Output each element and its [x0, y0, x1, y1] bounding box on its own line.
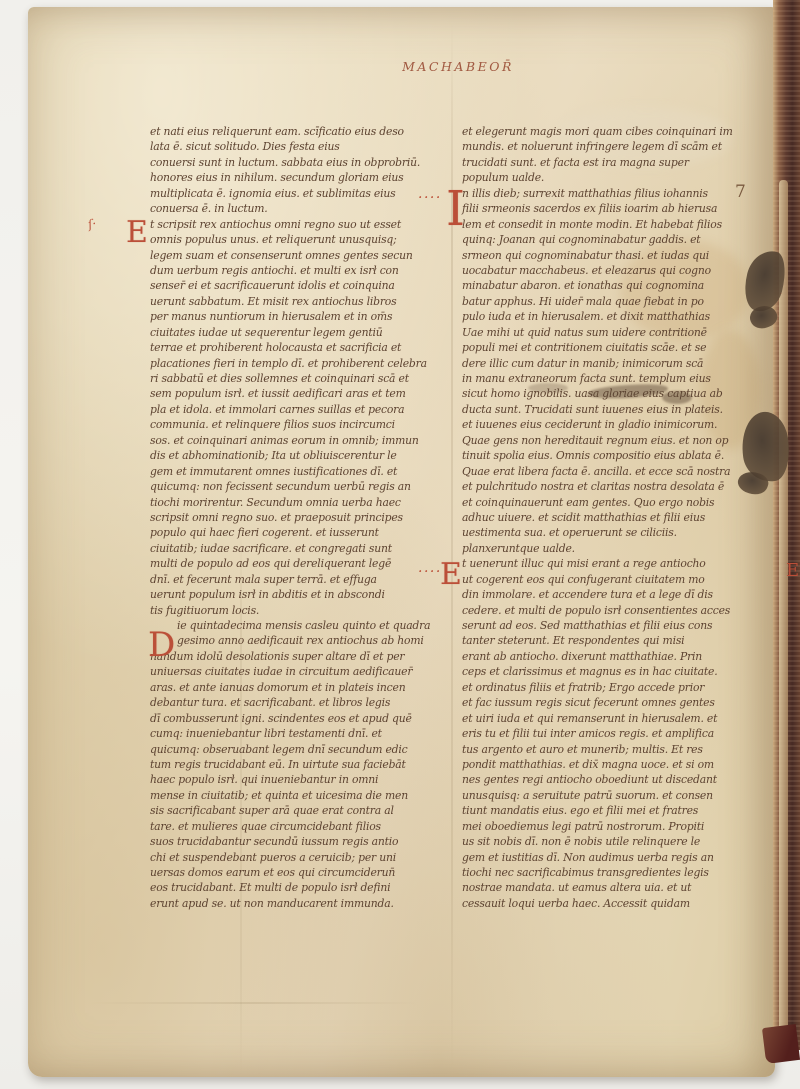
text-line: cessauit loqui uerba haec. Accessit quid…	[462, 896, 758, 911]
text-line: aras. et ante ianuas domorum et in plate…	[150, 680, 446, 695]
text-line: tiochi morirentur. Secundum omnia uerba …	[150, 495, 446, 510]
text-line: et pulchritudo nostra et claritas nostra…	[462, 479, 758, 494]
text-line: chi et suspendebant pueros a ceruicib; p…	[150, 850, 446, 865]
text-line: dis et abhominationib; Ita ut obliuiscer…	[150, 448, 446, 463]
running-title: MACHABEOR̄	[398, 60, 518, 74]
text-line: multi de populo ad eos qui dereliquerant…	[150, 556, 446, 571]
text-line: debantur tura. et sacrificabant. et libr…	[150, 695, 446, 710]
binding-sliver	[762, 1024, 800, 1064]
text-line: cumq: inueniebantur libri testamenti dnī…	[150, 726, 446, 741]
text-line: adhuc uiuere. et scidit matthathias et f…	[462, 510, 758, 525]
text-line: populo qui haec fieri cogerent. et iusse…	[150, 525, 446, 540]
text-line: ciuitates iudae ut sequerentur legem gen…	[150, 325, 446, 340]
text-line: lata ē. sicut solitudo. Dies festa eius	[150, 139, 446, 154]
text-line: conuersa ē. in luctum.	[150, 201, 446, 216]
text-line: trucidati sunt. et facta est ira magna s…	[462, 155, 758, 170]
text-line: ri sabbatū et dies sollemnes et coinquin…	[150, 371, 446, 386]
text-line: et coinquinauerunt eam gentes. Quo ergo …	[462, 495, 758, 510]
text-line: scripsit omni regno suo. et praeposuit p…	[150, 510, 446, 525]
text-line: nandum idolū desolationis super altare d…	[150, 649, 446, 664]
text-line: haec populo isrł. qui inueniebantur in o…	[150, 772, 446, 787]
text-line: srmeon qui cognominabatur thasi. et iuda…	[462, 248, 758, 263]
rubric-initial: E	[126, 219, 148, 246]
text-line: et elegerunt magis mori quam cibes coinq…	[462, 124, 758, 139]
text-line: mei oboediemus legi patrū nostrorum. Pro…	[462, 819, 758, 834]
text-line: Uae mihi ut quid natus sum uidere contri…	[462, 325, 758, 340]
text-line: mense in ciuitatib; et quinta et uicesim…	[150, 788, 446, 803]
text-line: uersas domos earum et eos qui circumcide…	[150, 865, 446, 880]
text-line: eos trucidabant. Et multi de populo isrł…	[150, 880, 446, 895]
text-line: gem et iustitias dī. Non audimus uerba r…	[462, 850, 758, 865]
fore-edge-initial: E	[786, 565, 799, 577]
text-line: uestimenta sua. et operuerunt se cilicii…	[462, 525, 758, 540]
text-column-left: et nati eius reliquerunt eam. scīficatio…	[150, 124, 446, 911]
text-line: Quae gens non hereditauit regnum eius. e…	[462, 433, 758, 448]
page-crease	[88, 1002, 418, 1004]
text-line: ducta sunt. Trucidati sunt iuuenes eius …	[462, 402, 758, 417]
text-line: nes gentes regi antiocho oboediunt ut di…	[462, 772, 758, 787]
text-line: senser̄ ei et sacrificauerunt idolis et …	[150, 278, 446, 293]
text-line: tare. et mulieres quae circumcidebant fi…	[150, 819, 446, 834]
text-line: planxeruntque ualde.	[462, 541, 758, 556]
text-line: honores eius in nihilum. secundum gloria…	[150, 170, 446, 185]
text-column-right: et elegerunt magis mori quam cibes coinq…	[462, 124, 758, 911]
text-line: dum uerbum regis antiochi. et multi ex i…	[150, 263, 446, 278]
text-line: multiplicata ē. ignomia eius. et sublimi…	[150, 186, 446, 201]
text-line: placationes fieri in templo dī. et prohi…	[150, 356, 446, 371]
quire-mark: 7	[735, 186, 746, 198]
text-line: sem populum isrł. et iussit aedificari a…	[150, 386, 446, 401]
text-line: gem et immutarent omnes iustificationes …	[150, 464, 446, 479]
text-line: per manus nuntiorum in hierusalem et in …	[150, 309, 446, 324]
text-line: et uiri iuda et qui remanserunt in hieru…	[462, 711, 758, 726]
text-line: pla et idola. et immolari carnes suillas…	[150, 402, 446, 417]
text-line: sos. et coinquinari animas eorum in omni…	[150, 433, 446, 448]
text-line: conuersi sunt in luctum. sabbata eius in…	[150, 155, 446, 170]
text-line: quicumq: non fecissent secundum uerbū re…	[150, 479, 446, 494]
text-line: populi mei et contritionem ciuitatis scā…	[462, 340, 758, 355]
text-line: tanter steterunt. Et respondentes qui mi…	[462, 633, 758, 648]
text-line: quinq: Joanan qui cognominabatur gaddis.…	[462, 232, 758, 247]
text-line: batur apphus. Hi uider̄ mala quae fiebat…	[462, 294, 758, 309]
text-line: et ordinatus filiis et fratrib; Ergo acc…	[462, 680, 758, 695]
text-line: din immolare. et accendere tura et a leg…	[462, 587, 758, 602]
text-line: t scripsit rex antiochus omni regno suo …	[150, 217, 446, 232]
text-line: pondit matthathias. et dix̄ magna uoce. …	[462, 757, 758, 772]
text-line: dere illic cum datur in manib; inimicoru…	[462, 356, 758, 371]
text-line: tiunt mandatis eius. ego et filii mei et…	[462, 803, 758, 818]
text-line: ceps et clarissimus et magnus es in hac …	[462, 664, 758, 679]
text-line: tiochi nec sacrificabimus transgrediente…	[462, 865, 758, 880]
text-line: uocabatur macchabeus. et eleazarus qui c…	[462, 263, 758, 278]
text-line: tus argento et auro et munerib; multis. …	[462, 742, 758, 757]
text-line: serunt ad eos. Sed matthathias et filii …	[462, 618, 758, 633]
text-line: minabatur abaron. et ionathas qui cognom…	[462, 278, 758, 293]
text-line: in manu extraneorum facta sunt. templum …	[462, 371, 758, 386]
text-line: sis sacrificabant super arā quae erat co…	[150, 803, 446, 818]
text-line: cedere. et multi de populo isrł consenti…	[462, 603, 758, 618]
manuscript-photo: MACHABEOR̄ et nati eius reliquerunt eam.…	[0, 0, 800, 1089]
rubric-initial: E	[440, 561, 462, 588]
text-line: Quae erat libera facta ē. ancilla. et ec…	[462, 464, 758, 479]
text-line: filii srmeonis sacerdos ex filiis ioarim…	[462, 201, 758, 216]
text-line: dnī. et fecerunt mala super terrā. et ef…	[150, 572, 446, 587]
text-line: omnis populus unus. et reliquerunt unusq…	[150, 232, 446, 247]
text-line: erunt apud se. ut non manducarent immund…	[150, 896, 446, 911]
next-folio-edge	[779, 180, 788, 1030]
rubric-initial: D	[148, 630, 175, 661]
text-line: et iuuenes eius ceciderunt in gladio ini…	[462, 417, 758, 432]
page-crease	[451, 21, 453, 1071]
text-line: eris tu et filii tui inter amicos regis.…	[462, 726, 758, 741]
text-line: lem et consedit in monte modin. Et habeb…	[462, 217, 758, 232]
text-line: et nati eius reliquerunt eam. scīficatio…	[150, 124, 446, 139]
text-line: unusquisq: a seruitute patrū suorum. et …	[462, 788, 758, 803]
text-line: ciuitatib; iudae sacrificare. et congreg…	[150, 541, 446, 556]
text-line: uerunt populum isrł in abditis et in abs…	[150, 587, 446, 602]
text-line: legem suam et consenserunt omnes gentes …	[150, 248, 446, 263]
text-line: terrae et prohiberent holocausta et sacr…	[150, 340, 446, 355]
text-line: suos trucidabantur secundū iussum regis …	[150, 834, 446, 849]
text-line: et fac iussum regis sicut fecerunt omnes…	[462, 695, 758, 710]
text-line: tis fugitiuorum locis.	[150, 603, 446, 618]
text-line: nostrae mandata. ut eamus altera uia. et…	[462, 880, 758, 895]
text-line: dī combusserunt igni. scindentes eos et …	[150, 711, 446, 726]
gutter-dots-mark: ····	[418, 192, 442, 204]
text-line: communia. et relinquere filios suos inci…	[150, 417, 446, 432]
text-line: tum regis trucidabant eū. In uirtute sua…	[150, 757, 446, 772]
text-line: erant ab antiocho. dixerunt matthathiae.…	[462, 649, 758, 664]
text-line: ie quintadecima mensis casleu quinto et …	[150, 618, 446, 633]
text-line: pulo iuda et in hierusalem. et dixit mat…	[462, 309, 758, 324]
text-line: quicumq: obseruabant legem dnī secundum …	[150, 742, 446, 757]
text-line: mundis. et noluerunt infringere legem dī…	[462, 139, 758, 154]
ink-smear	[528, 383, 568, 393]
text-line: uniuersas ciuitates iudae in circuitum a…	[150, 664, 446, 679]
text-line: t uenerunt illuc qui misi erant a rege a…	[462, 556, 758, 571]
gutter-dots-mark: ····	[418, 566, 442, 578]
rubric-initial: I	[446, 188, 465, 231]
text-line: n illis dieb; surrexit matthathias filiu…	[462, 186, 758, 201]
text-line: gesimo anno aedificauit rex antiochus ab…	[150, 633, 446, 648]
text-line: tinuit spolia eius. Omnis compositio eiu…	[462, 448, 758, 463]
text-line: ut cogerent eos qui confugerant ciuitate…	[462, 572, 758, 587]
text-line: populum ualde.	[462, 170, 758, 185]
text-line: uerunt sabbatum. Et misit rex antiochus …	[150, 294, 446, 309]
ink-smear	[662, 391, 692, 404]
text-line: us sit nobis dī. non ē nobis utile relin…	[462, 834, 758, 849]
